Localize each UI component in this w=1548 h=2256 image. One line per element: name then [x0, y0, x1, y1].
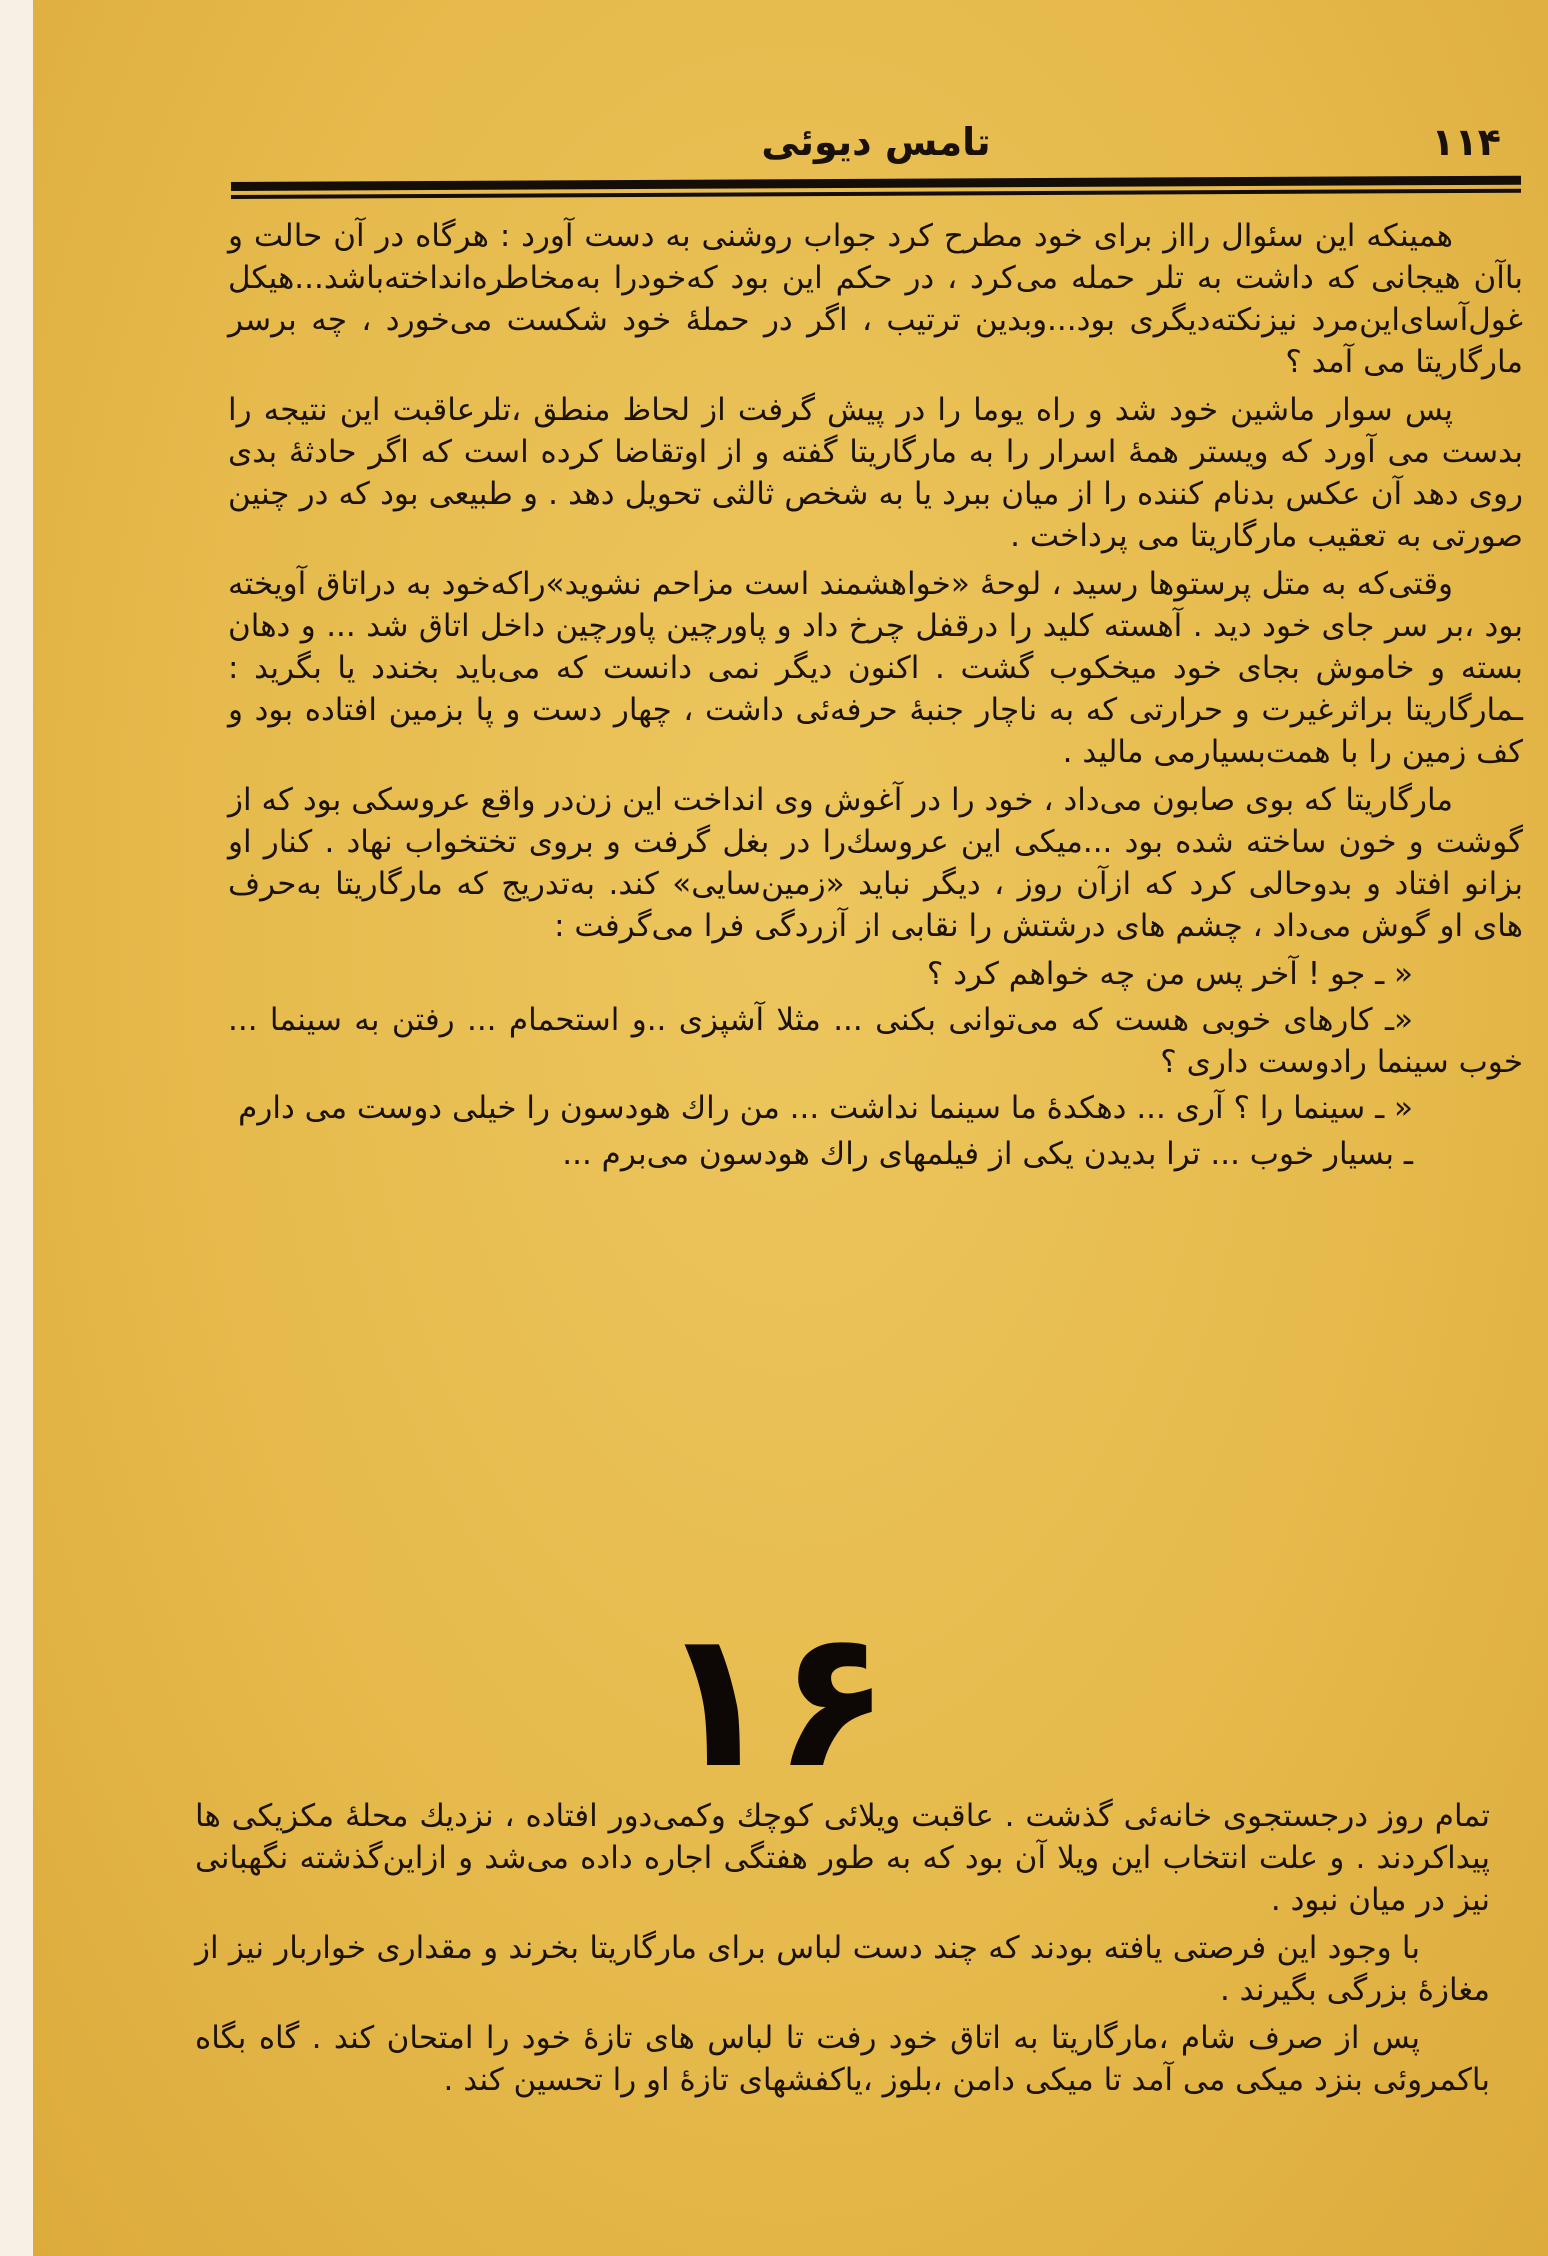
- dialogue-line: « ـ سینما را ؟ آری ... دهکدهٔ ما سینما ن…: [228, 1087, 1523, 1129]
- chapter-body: تمام روز درجستجوی خانه‌ئی گذشت . عاقبت و…: [195, 1795, 1490, 2107]
- paragraph: وقتی‌که به متل پرستوها رسید ، لوحهٔ «خوا…: [228, 563, 1523, 773]
- paragraph: پس از صرف شام ،مارگاریتا به اتاق خود رفت…: [195, 2017, 1490, 2101]
- paragraph: پس سوار ماشین خود شد و راه یوما را در پی…: [228, 389, 1523, 557]
- paragraph: همینکه این سئوال رااز برای خود مطرح کرد …: [228, 215, 1523, 383]
- paragraph: با وجود این فرصتی یافته بودند که چند دست…: [195, 1927, 1490, 2011]
- section-before-chapter: همینکه این سئوال رااز برای خود مطرح کرد …: [228, 215, 1523, 1179]
- page-header: ۱۱۴ تامس دیوئی: [231, 120, 1521, 180]
- header-rule-thin: [231, 189, 1521, 199]
- dialogue-line: «ـ کارهای خوبی هست که می‌توانی بکنی ... …: [228, 999, 1523, 1083]
- chapter-number: ۱۶: [0, 1600, 1548, 1800]
- running-title: تامس دیوئی: [231, 120, 1521, 164]
- dialogue-line: « ـ جو ! آخر پس من چه خواهم کرد ؟: [228, 953, 1523, 995]
- paragraph: مارگاریتا که بوی صابون می‌داد ، خود را د…: [228, 779, 1523, 947]
- paragraph: تمام روز درجستجوی خانه‌ئی گذشت . عاقبت و…: [195, 1795, 1490, 1921]
- dialogue-line: ـ بسیار خوب ... ترا بدیدن یکی از فیلمهای…: [228, 1133, 1523, 1175]
